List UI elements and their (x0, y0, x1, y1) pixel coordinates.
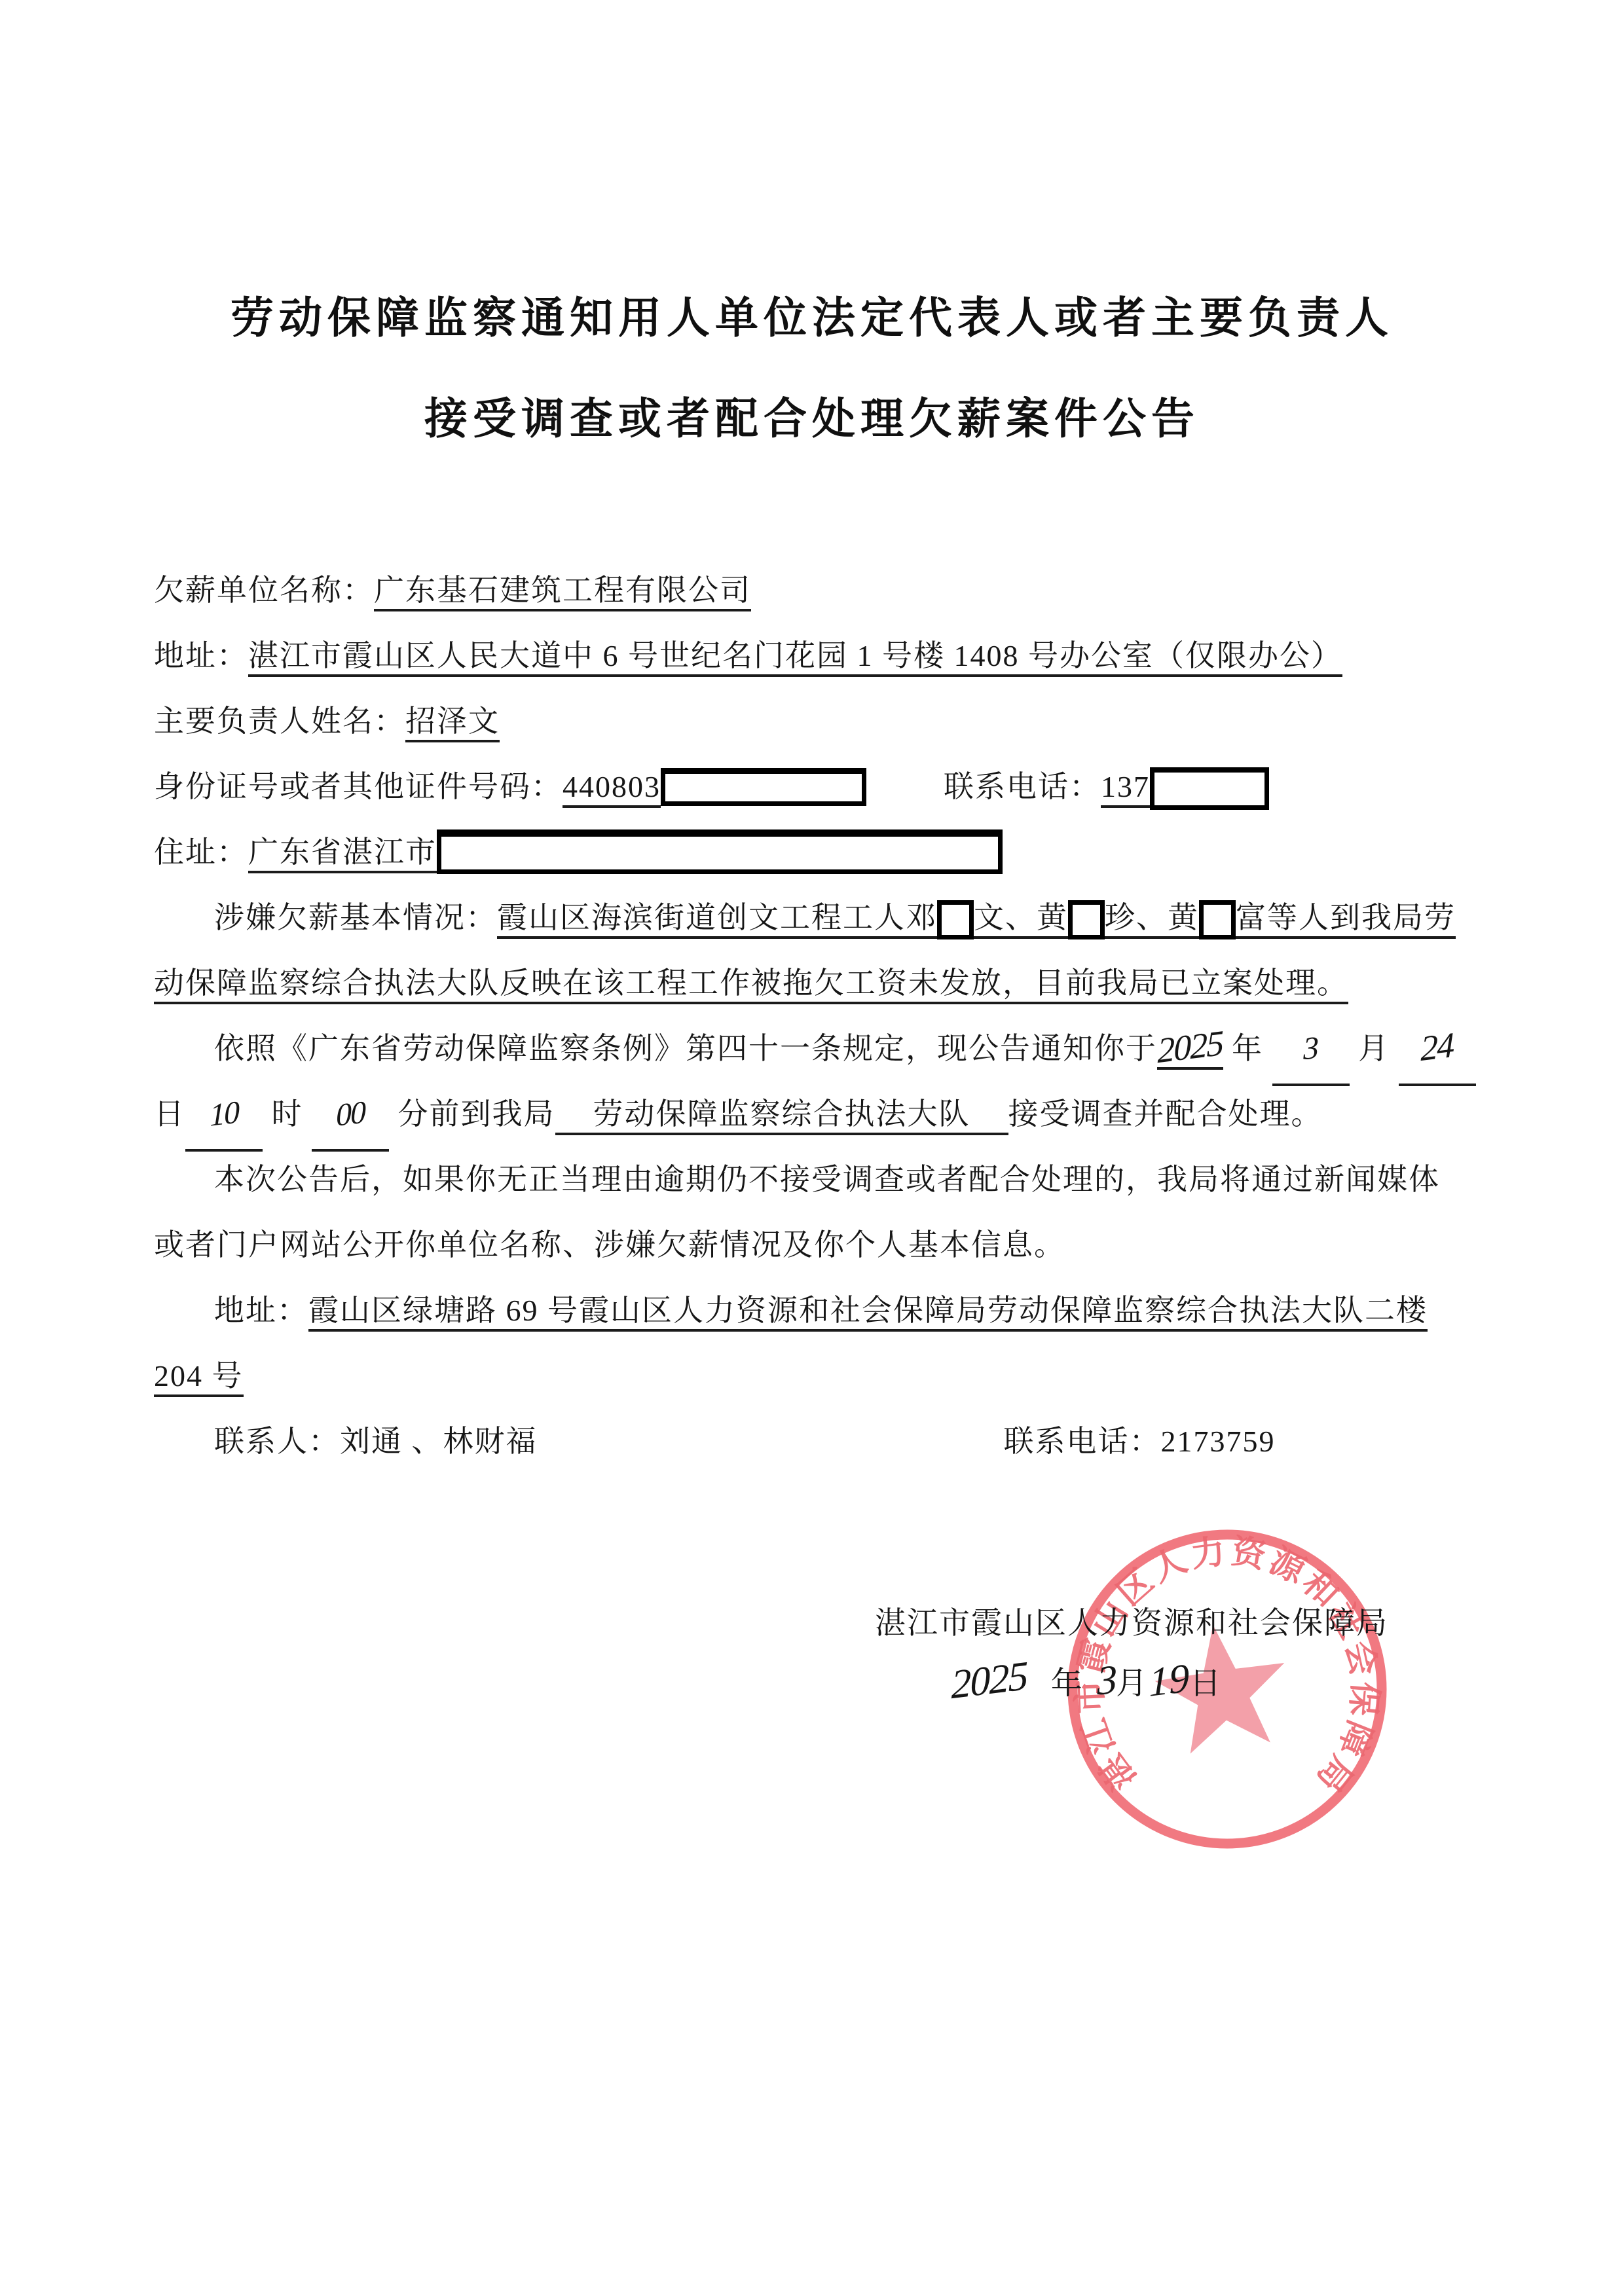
office-address-line-2: 204 号 (154, 1343, 1473, 1409)
handwritten-year: 2025 (1157, 1027, 1223, 1067)
unit-name-value: 广东基石建筑工程有限公司 (374, 574, 751, 611)
notice-minute-blank: 00 (312, 1082, 389, 1152)
redaction-box-name-3 (1199, 900, 1236, 939)
sign-month-unit: 月 (1116, 1666, 1149, 1701)
document-page: 劳动保障监察通知用人单位法定代表人或者主要负责人 接受调查或者配合处理欠薪案件公… (0, 0, 1624, 2296)
unit-address-label: 地址： (154, 639, 248, 672)
office-address-line-1: 地址：霞山区绿塘路 69 号霞山区人力资源和社会保障局劳动保障监察综合执法大队二… (154, 1278, 1473, 1343)
phone-label: 联系电话： (944, 770, 1101, 803)
office-address-value: 霞山区绿塘路 69 号霞山区人力资源和社会保障局劳动保障监察综合执法大队二楼 (308, 1294, 1428, 1332)
handwritten-hour: 10 (210, 1098, 239, 1130)
notice-tail: 接受调查并配合处理。 (1008, 1097, 1323, 1131)
id-number-value: 440803 (563, 770, 661, 808)
office-address-label: 地址： (214, 1294, 308, 1327)
title-line-1: 劳动保障监察通知用人单位法定代表人或者主要负责人 (0, 267, 1624, 368)
phone-value: 137 (1101, 770, 1150, 808)
case-worker-segment-4: 富等人到我局劳 (1236, 901, 1456, 939)
month-unit: 月 (1358, 1032, 1390, 1065)
handwritten-sign-year: 2025 (951, 1658, 1027, 1704)
id-number-label: 身份证号或者其他证件号码： (154, 770, 563, 803)
year-unit: 年 (1232, 1032, 1263, 1065)
case-worker-segment-2: 文、黄 (974, 901, 1068, 939)
notice-year-blank: 2025 (1157, 1032, 1223, 1070)
notice-regulation-text: 依照《广东省劳动保障监察条例》第四十一条规定，现公告通知你于 (214, 1032, 1157, 1065)
case-worker-segment-1: 霞山区海滨街道创文工程工人邓 (497, 901, 937, 939)
case-summary-line-1: 涉嫌欠薪基本情况：霞山区海滨街道创文工程工人邓文、黄珍、黄富等人到我局劳 (154, 885, 1473, 951)
notice-day-blank: 24 (1399, 1016, 1476, 1086)
day-unit: 日 (154, 1097, 185, 1131)
person-name-value: 招泽文 (405, 704, 500, 742)
office-tel-value: 2173759 (1161, 1425, 1276, 1458)
home-address-value: 广东省湛江市 (248, 835, 437, 873)
notice-line-2: 日10 时 00 分前到我局劳动保障监察综合执法大队接受调查并配合处理。 (154, 1082, 1473, 1147)
home-address-label: 住址： (154, 835, 248, 869)
contact-label: 联系人： (214, 1425, 340, 1458)
field-unit-name: 欠薪单位名称：广东基石建筑工程有限公司 (154, 558, 1473, 623)
warning-line-1: 本次公告后，如果你无正当理由逾期仍不接受调查或者配合处理的，我局将通过新闻媒体 (154, 1147, 1473, 1212)
handwritten-day: 24 (1420, 1029, 1454, 1065)
redaction-box-name-2 (1068, 900, 1105, 939)
contact-line: 联系人：刘通 、林财福联系电话：2173759 (154, 1409, 1473, 1474)
title-line-2: 接受调查或者配合处理欠薪案件公告 (0, 368, 1624, 469)
notice-hour-blank: 10 (185, 1082, 263, 1152)
redaction-box-home-address (437, 829, 1003, 874)
unit-address-value: 湛江市霞山区人民大道中 6 号世纪名门花园 1 号楼 1408 号办公室（仅限办… (248, 639, 1342, 677)
hour-unit: 时 (272, 1097, 303, 1131)
notice-line-1: 依照《广东省劳动保障监察条例》第四十一条规定，现公告通知你于2025 年 3 月… (154, 1016, 1473, 1082)
field-unit-address: 地址：湛江市霞山区人民大道中 6 号世纪名门花园 1 号楼 1408 号办公室（… (154, 623, 1473, 689)
notice-month-blank: 3 (1272, 1016, 1350, 1086)
case-summary-continued: 动保障监察综合执法大队反映在该工程工作被拖欠工资未发放，目前我局已立案处理。 (154, 966, 1348, 1004)
case-summary-line-2: 动保障监察综合执法大队反映在该工程工作被拖欠工资未发放，目前我局已立案处理。 (154, 951, 1473, 1016)
minute-text: 分前到我局 (398, 1097, 555, 1131)
redaction-box-phone (1150, 767, 1269, 810)
document-body: 欠薪单位名称：广东基石建筑工程有限公司 地址：湛江市霞山区人民大道中 6 号世纪… (154, 558, 1473, 1474)
sign-year-unit: 年 (1051, 1666, 1084, 1701)
handwritten-month: 3 (1303, 1034, 1318, 1064)
handwritten-sign-month: 3 (1096, 1661, 1116, 1700)
brigade-name: 劳动保障监察综合执法大队 (555, 1097, 1008, 1135)
handwritten-sign-day: 19 (1149, 1660, 1190, 1702)
office-tel-label: 联系电话： (1004, 1425, 1161, 1458)
field-id-and-phone: 身份证号或者其他证件号码：440803联系电话：137 (154, 754, 1473, 820)
signature-date: 2025年3月19日 (951, 1658, 1222, 1703)
case-summary-label: 涉嫌欠薪基本情况： (214, 901, 497, 934)
handwritten-minute: 00 (336, 1098, 365, 1130)
sign-day-unit: 日 (1189, 1666, 1222, 1701)
signature-bureau: 湛江市霞山区人力资源和社会保障局 (875, 1599, 1388, 1643)
office-address-room: 204 号 (154, 1359, 244, 1397)
field-person-name: 主要负责人姓名：招泽文 (154, 689, 1473, 754)
unit-name-label: 欠薪单位名称： (154, 574, 374, 607)
warning-text-2: 或者门户网站公开你单位名称、涉嫌欠薪情况及你个人基本信息。 (154, 1228, 1065, 1262)
warning-text-1: 本次公告后，如果你无正当理由逾期仍不接受调查或者配合处理的，我局将通过新闻媒体 (214, 1163, 1440, 1196)
contact-names: 刘通 、林财福 (340, 1425, 538, 1458)
warning-line-2: 或者门户网站公开你单位名称、涉嫌欠薪情况及你个人基本信息。 (154, 1212, 1473, 1278)
redaction-box-id (661, 768, 866, 806)
case-worker-segment-3: 珍、黄 (1105, 901, 1199, 939)
field-home-address: 住址：广东省湛江市 (154, 820, 1473, 885)
redaction-box-name-1 (937, 900, 974, 939)
document-title: 劳动保障监察通知用人单位法定代表人或者主要负责人 接受调查或者配合处理欠薪案件公… (0, 267, 1624, 469)
person-name-label: 主要负责人姓名： (154, 704, 405, 738)
